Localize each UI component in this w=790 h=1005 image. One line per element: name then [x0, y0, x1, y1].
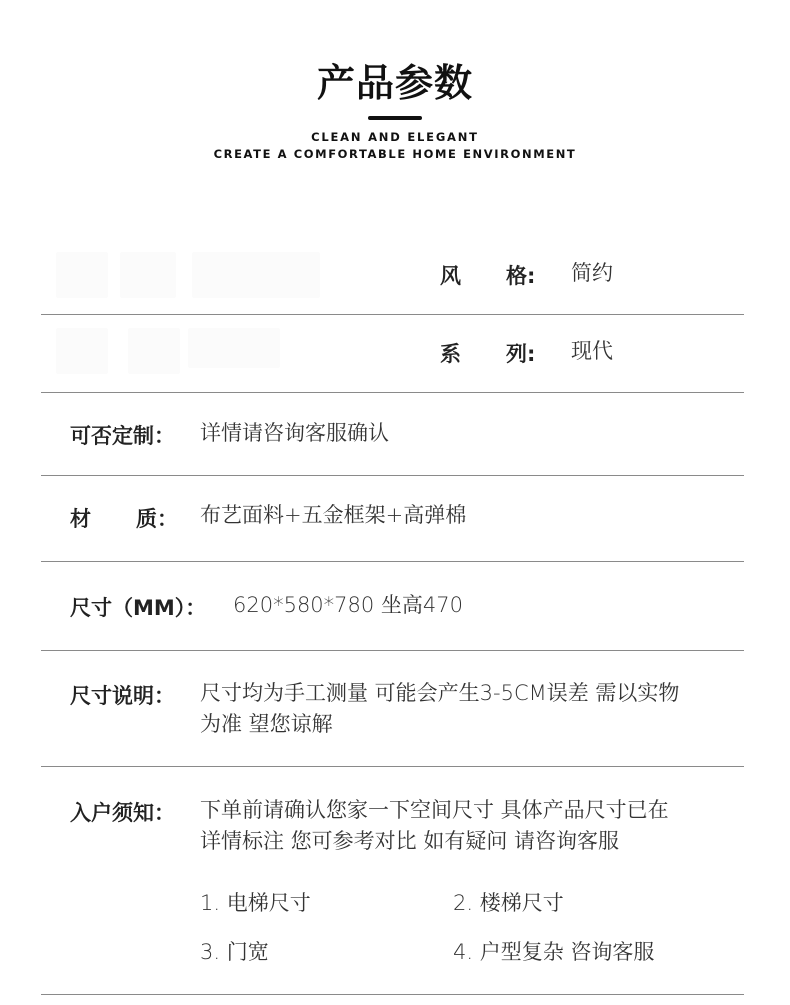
spec-label-delivery-note: 入户须知：: [70, 797, 175, 827]
checklist-item-elevator: 1. 电梯尺寸: [200, 888, 311, 919]
subtitle-line-2: CREATE A COMFORTABLE HOME ENVIRONMENT: [0, 147, 790, 161]
spec-value-style: 简约: [571, 258, 613, 289]
spec-value-size-note-line2: 为准 望您谅解: [200, 709, 333, 740]
spec-value-customizable: 详情请咨询客服确认: [200, 418, 389, 449]
divider: [41, 314, 744, 315]
redacted-block: [192, 252, 320, 298]
redacted-block: [128, 328, 180, 374]
redacted-block: [56, 328, 108, 374]
redacted-block: [56, 252, 108, 298]
checklist-item-complex-layout: 4. 户型复杂 咨询客服: [453, 937, 654, 968]
spec-label-customizable: 可否定制：: [70, 420, 175, 450]
divider: [41, 392, 744, 393]
divider: [41, 994, 744, 995]
spec-value-delivery-note-line1: 下单前请确认您家一下空间尺寸 具体产品尺寸已在: [200, 795, 669, 826]
divider: [41, 766, 744, 767]
spec-label-style-a: 风: [440, 260, 461, 290]
spec-label-material-b: 质：: [136, 503, 178, 533]
divider: [41, 475, 744, 476]
subtitle-line-1: CLEAN AND ELEGANT: [0, 130, 790, 144]
title-underline: [368, 116, 422, 120]
spec-label-style-b: 格:: [506, 260, 535, 290]
spec-label-series-a: 系: [440, 338, 461, 368]
checklist-item-stairs: 2. 楼梯尺寸: [453, 888, 564, 919]
spec-value-size: 620*580*780 坐高470: [233, 590, 463, 621]
spec-value-material: 布艺面料+五金框架+高弹棉: [200, 500, 466, 531]
spec-label-material-a: 材: [70, 503, 91, 533]
spec-value-size-note-line1: 尺寸均为手工测量 可能会产生3-5CM误差 需以实物: [200, 678, 679, 709]
spec-label-size: 尺寸（MM）：: [70, 592, 206, 622]
redacted-block: [188, 328, 280, 368]
spec-label-series-b: 列:: [506, 338, 535, 368]
divider: [41, 561, 744, 562]
spec-value-series: 现代: [571, 336, 613, 367]
page-title: 产品参数: [0, 58, 790, 108]
spec-label-size-note: 尺寸说明：: [70, 680, 175, 710]
spec-value-delivery-note-line2: 详情标注 您可参考对比 如有疑问 请咨询客服: [200, 826, 619, 857]
redacted-block: [120, 252, 176, 298]
divider: [41, 650, 744, 651]
checklist-item-door-width: 3. 门宽: [200, 937, 269, 968]
